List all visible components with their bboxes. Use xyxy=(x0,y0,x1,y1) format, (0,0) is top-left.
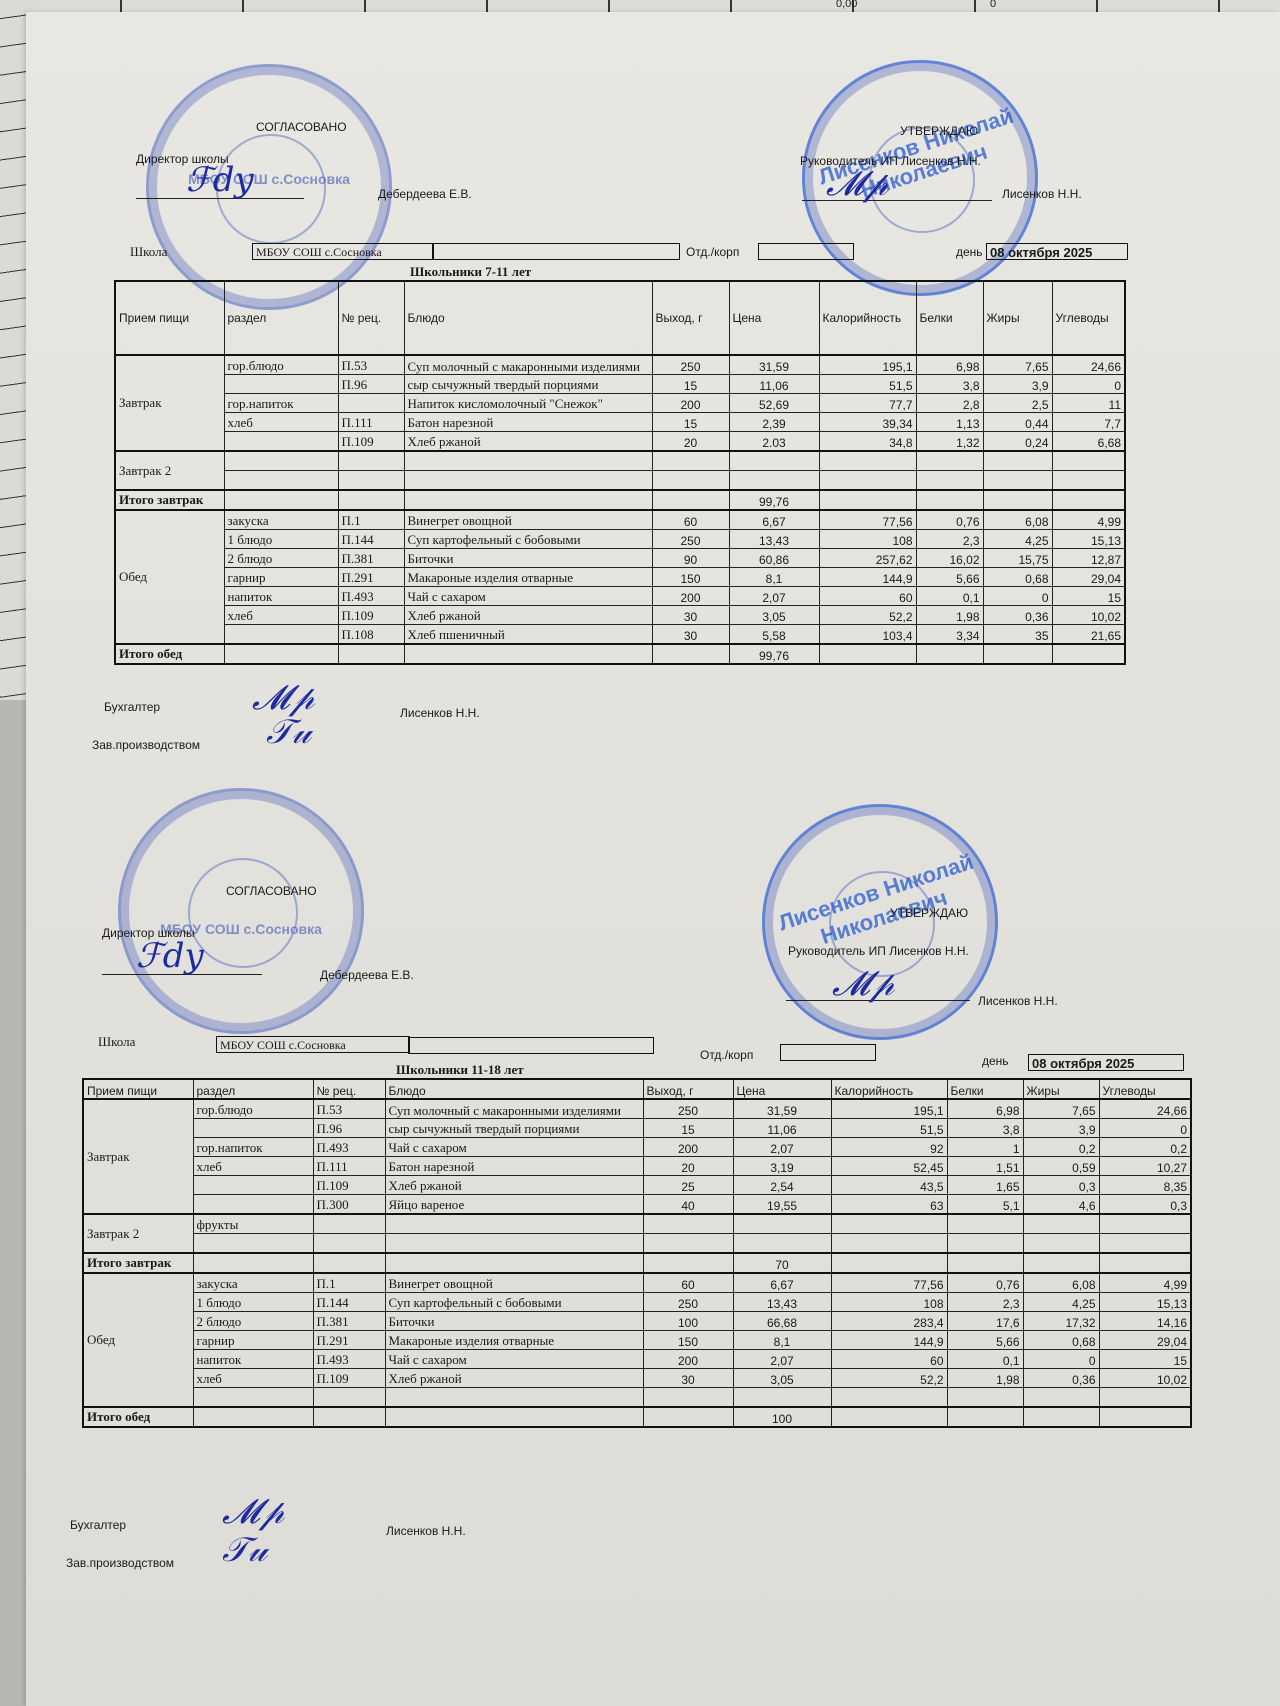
section-cell xyxy=(224,375,338,394)
protein-cell: 2,3 xyxy=(916,530,983,549)
recipe-cell xyxy=(313,1407,385,1427)
kcal-cell xyxy=(819,451,916,471)
fat-cell: 0,2 xyxy=(1023,1138,1099,1157)
price-cell: 2,07 xyxy=(733,1138,831,1157)
fat-cell xyxy=(1023,1253,1099,1273)
dish-cell: Батон нарезной xyxy=(404,413,652,432)
total-row: Итого обед100 xyxy=(83,1407,1191,1427)
total-row: Итого завтрак70 xyxy=(83,1253,1191,1273)
recipe-cell xyxy=(338,451,404,471)
group-title: Школьники 11-18 лет xyxy=(396,1062,524,1078)
carbs-cell xyxy=(1099,1388,1191,1408)
section-cell: гор.блюдо xyxy=(193,1099,313,1119)
section-cell: хлеб xyxy=(193,1157,313,1176)
yield-cell xyxy=(652,644,729,664)
section-cell xyxy=(224,625,338,645)
section-cell xyxy=(224,490,338,510)
recipe-cell: П.144 xyxy=(338,530,404,549)
yield-cell: 150 xyxy=(643,1331,733,1350)
dish-cell: Суп картофельный с бобовыми xyxy=(385,1293,643,1312)
dish-cell: Винегрет овощной xyxy=(404,510,652,530)
kcal-cell: 108 xyxy=(819,530,916,549)
price-cell: 19,55 xyxy=(733,1195,831,1215)
dish-cell: сыр сычужный твердый порциями xyxy=(404,375,652,394)
table-row: напитокП.493Чай с сахаром2002,07600,1015 xyxy=(115,587,1125,606)
table-row: хлебП.111Батон нарезной203,1952,451,510,… xyxy=(83,1157,1191,1176)
recipe-cell xyxy=(313,1388,385,1408)
total-row: Итого обед99,76 xyxy=(115,644,1125,664)
protein-cell xyxy=(947,1253,1023,1273)
dish-cell: Хлеб ржаной xyxy=(404,432,652,452)
table-row: ОбедзакускаП.1Винегрет овощной606,6777,5… xyxy=(83,1273,1191,1293)
price-cell: 60,86 xyxy=(729,549,819,568)
dish-cell xyxy=(385,1234,643,1254)
total-label: Итого завтрак xyxy=(83,1253,193,1273)
group-title: Школьники 7-11 лет xyxy=(410,264,531,280)
kcal-cell: 257,62 xyxy=(819,549,916,568)
dish-cell: Суп молочный с макаронными изделиями xyxy=(404,355,652,375)
approval-right-title: УТВЕРЖДАЮ xyxy=(900,124,978,138)
price-cell: 2,07 xyxy=(733,1350,831,1369)
section-cell xyxy=(193,1176,313,1195)
fat-cell: 0,24 xyxy=(983,432,1052,452)
table-row: П.108Хлеб пшеничный305,58103,43,343521,6… xyxy=(115,625,1125,645)
carbs-cell: 4,99 xyxy=(1099,1273,1191,1293)
section-cell: напиток xyxy=(193,1350,313,1369)
table-row: П.300Яйцо вареное4019,55635,14,60,3 xyxy=(83,1195,1191,1215)
column-header: Белки xyxy=(916,281,983,355)
price-cell: 8,1 xyxy=(733,1331,831,1350)
kcal-cell: 52,2 xyxy=(819,606,916,625)
recipe-cell xyxy=(338,394,404,413)
section-cell: фрукты xyxy=(193,1214,313,1234)
fat-cell: 0 xyxy=(1023,1350,1099,1369)
kcal-cell: 63 xyxy=(831,1195,947,1215)
fat-cell: 0,36 xyxy=(1023,1369,1099,1388)
column-header: Жиры xyxy=(983,281,1052,355)
meal-cell: Завтрак 2 xyxy=(115,451,224,490)
fat-cell: 6,08 xyxy=(983,510,1052,530)
dish-cell: Чай с сахаром xyxy=(385,1350,643,1369)
price-cell: 31,59 xyxy=(733,1099,831,1119)
price-cell: 6,67 xyxy=(733,1273,831,1293)
yield-cell: 200 xyxy=(643,1350,733,1369)
carbs-cell: 11 xyxy=(1052,394,1125,413)
fat-cell: 0,3 xyxy=(1023,1176,1099,1195)
price-cell: 100 xyxy=(733,1407,831,1427)
recipe-cell xyxy=(313,1214,385,1234)
carbs-cell xyxy=(1052,451,1125,471)
section-cell: 1 блюдо xyxy=(193,1293,313,1312)
table-row: Завтрак 2фрукты xyxy=(83,1214,1191,1234)
protein-cell: 5,1 xyxy=(947,1195,1023,1215)
recipe-cell: П.493 xyxy=(338,587,404,606)
dept-field xyxy=(780,1044,876,1061)
day-label: день xyxy=(982,1054,1009,1068)
kcal-cell: 34,8 xyxy=(819,432,916,452)
yield-cell: 20 xyxy=(652,432,729,452)
price-cell xyxy=(733,1234,831,1254)
carbs-cell: 0 xyxy=(1099,1119,1191,1138)
ip-stamp: Лисенков Николай Николаевич xyxy=(762,804,998,1040)
carbs-cell xyxy=(1052,490,1125,510)
yield-cell: 200 xyxy=(652,394,729,413)
carbs-cell: 14,16 xyxy=(1099,1312,1191,1331)
recipe-cell: П.291 xyxy=(338,568,404,587)
protein-cell xyxy=(947,1214,1023,1234)
fat-cell: 3,9 xyxy=(1023,1119,1099,1138)
fat-cell xyxy=(983,451,1052,471)
dish-cell: Батон нарезной xyxy=(385,1157,643,1176)
yield-cell xyxy=(643,1234,733,1254)
yield-cell: 250 xyxy=(652,355,729,375)
carbs-cell: 15,13 xyxy=(1052,530,1125,549)
carbs-cell: 4,99 xyxy=(1052,510,1125,530)
protein-cell: 1,98 xyxy=(947,1369,1023,1388)
dish-cell xyxy=(385,1388,643,1408)
section-cell xyxy=(224,471,338,491)
price-cell: 13,43 xyxy=(733,1293,831,1312)
fat-cell: 4,25 xyxy=(1023,1293,1099,1312)
fat-cell xyxy=(983,644,1052,664)
meal-cell: Завтрак xyxy=(115,355,224,451)
menu-table: Прием пищираздел№ рец.БлюдоВыход, гЦенаК… xyxy=(114,280,1126,665)
table-row: П.109Хлеб ржаной252,5443,51,650,38,35 xyxy=(83,1176,1191,1195)
table-row xyxy=(115,471,1125,491)
table-row: Завтракгор.блюдоП.53Суп молочный с макар… xyxy=(83,1099,1191,1119)
section-cell: 2 блюдо xyxy=(193,1312,313,1331)
fat-cell xyxy=(1023,1388,1099,1408)
price-cell: 99,76 xyxy=(729,490,819,510)
section-cell: гор.напиток xyxy=(193,1138,313,1157)
section-cell xyxy=(193,1407,313,1427)
table-row: Завтракгор.блюдоП.53Суп молочный с макар… xyxy=(115,355,1125,375)
kcal-cell: 144,9 xyxy=(819,568,916,587)
price-cell: 2.03 xyxy=(729,432,819,452)
dish-cell: Напиток кисломолочный "Снежок" xyxy=(404,394,652,413)
accountant-label: Бухгалтер xyxy=(70,1518,126,1532)
carbs-cell: 0,3 xyxy=(1099,1195,1191,1215)
table-row: 2 блюдоП.381Биточки9060,86257,6216,0215,… xyxy=(115,549,1125,568)
dish-cell: Яйцо вареное xyxy=(385,1195,643,1215)
kcal-cell: 60 xyxy=(819,587,916,606)
section-cell: гарнир xyxy=(224,568,338,587)
dish-cell: Хлеб ржаной xyxy=(404,606,652,625)
protein-cell xyxy=(916,490,983,510)
fat-cell: 7,65 xyxy=(1023,1099,1099,1119)
yield-cell xyxy=(643,1388,733,1408)
school-field-extra xyxy=(432,243,680,260)
section-cell: гор.напиток xyxy=(224,394,338,413)
yield-cell xyxy=(652,451,729,471)
approval-right-title: УТВЕРЖДАЮ xyxy=(890,906,968,920)
section-cell: напиток xyxy=(224,587,338,606)
carbs-cell: 10,27 xyxy=(1099,1157,1191,1176)
dish-cell: Макароные изделия отварные xyxy=(404,568,652,587)
kcal-cell xyxy=(831,1234,947,1254)
column-header: Блюдо xyxy=(404,281,652,355)
recipe-cell: П.1 xyxy=(338,510,404,530)
recipe-cell: П.493 xyxy=(313,1350,385,1369)
protein-cell: 1,32 xyxy=(916,432,983,452)
approval-right-name: Лисенков Н.Н. xyxy=(1002,187,1082,201)
director-signature-icon: ℱdy xyxy=(136,936,204,976)
yield-cell: 90 xyxy=(652,549,729,568)
price-cell: 3,05 xyxy=(733,1369,831,1388)
dish-cell: Чай с сахаром xyxy=(404,587,652,606)
school-field: МБОУ СОШ с.Сосновка xyxy=(252,243,434,260)
recipe-cell xyxy=(338,644,404,664)
table-row: П.96сыр сычужный твердый порциями1511,06… xyxy=(115,375,1125,394)
protein-cell: 5,66 xyxy=(947,1331,1023,1350)
yield-cell: 100 xyxy=(643,1312,733,1331)
dish-cell xyxy=(404,451,652,471)
recipe-cell xyxy=(313,1253,385,1273)
recipe-cell: П.108 xyxy=(338,625,404,645)
protein-cell: 1,65 xyxy=(947,1176,1023,1195)
carbs-cell xyxy=(1099,1234,1191,1254)
carbs-cell: 15,13 xyxy=(1099,1293,1191,1312)
section-cell: хлеб xyxy=(193,1369,313,1388)
column-header: Цена xyxy=(729,281,819,355)
recipe-cell xyxy=(338,490,404,510)
meal-cell: Завтрак 2 xyxy=(83,1214,193,1253)
manager-signature-icon: 𝓜𝓅 xyxy=(826,164,888,204)
dish-cell xyxy=(385,1407,643,1427)
price-cell: 8,1 xyxy=(729,568,819,587)
school-field: МБОУ СОШ с.Сосновка xyxy=(216,1036,410,1053)
column-header: раздел xyxy=(193,1079,313,1099)
protein-cell: 3,8 xyxy=(916,375,983,394)
recipe-cell xyxy=(338,471,404,491)
school-field-extra xyxy=(408,1037,654,1054)
dish-cell xyxy=(385,1214,643,1234)
price-cell xyxy=(733,1388,831,1408)
carbs-cell: 29,04 xyxy=(1099,1331,1191,1350)
yield-cell: 250 xyxy=(643,1293,733,1312)
recipe-cell: П.381 xyxy=(338,549,404,568)
recipe-cell: П.111 xyxy=(313,1157,385,1176)
yield-cell: 15 xyxy=(643,1119,733,1138)
carbs-cell xyxy=(1099,1214,1191,1234)
carbs-cell: 21,65 xyxy=(1052,625,1125,645)
dish-cell xyxy=(404,471,652,491)
table-row xyxy=(83,1388,1191,1408)
section-cell: 1 блюдо xyxy=(224,530,338,549)
kcal-cell xyxy=(831,1388,947,1408)
kcal-cell: 103,4 xyxy=(819,625,916,645)
dish-cell: Макароные изделия отварные xyxy=(385,1331,643,1350)
price-cell: 11,06 xyxy=(729,375,819,394)
carbs-cell xyxy=(1052,471,1125,491)
column-header: № рец. xyxy=(338,281,404,355)
price-cell: 5,58 xyxy=(729,625,819,645)
price-cell: 31,59 xyxy=(729,355,819,375)
dish-cell: Биточки xyxy=(385,1312,643,1331)
column-header: Прием пищи xyxy=(83,1079,193,1099)
meal-cell: Обед xyxy=(115,510,224,644)
section-cell: закуска xyxy=(224,510,338,530)
dish-cell xyxy=(385,1253,643,1273)
school-label: Школа xyxy=(130,244,167,260)
fat-cell: 0,59 xyxy=(1023,1157,1099,1176)
price-cell xyxy=(729,451,819,471)
dish-cell: Биточки xyxy=(404,549,652,568)
manager-signature-icon: 𝓜𝓅 xyxy=(832,964,894,1004)
carbs-cell: 10,02 xyxy=(1099,1369,1191,1388)
kcal-cell: 77,7 xyxy=(819,394,916,413)
recipe-cell: П.109 xyxy=(313,1176,385,1195)
yield-cell xyxy=(643,1214,733,1234)
recipe-cell: П.111 xyxy=(338,413,404,432)
table-row: П.96сыр сычужный твердый порциями1511,06… xyxy=(83,1119,1191,1138)
recipe-cell: П.493 xyxy=(313,1138,385,1157)
meal-cell: Завтрак xyxy=(83,1099,193,1214)
section-cell xyxy=(193,1234,313,1254)
price-cell: 11,06 xyxy=(733,1119,831,1138)
meal-cell: Обед xyxy=(83,1273,193,1407)
school-stamp: МБОУ СОШ с.Сосновка xyxy=(146,64,392,310)
kcal-cell: 283,4 xyxy=(831,1312,947,1331)
kcal-cell: 39,34 xyxy=(819,413,916,432)
approval-right-name: Лисенков Н.Н. xyxy=(978,994,1058,1008)
total-label: Итого завтрак xyxy=(115,490,224,510)
price-cell: 70 xyxy=(733,1253,831,1273)
dish-cell xyxy=(404,644,652,664)
recipe-cell: П.109 xyxy=(313,1369,385,1388)
table-row xyxy=(83,1234,1191,1254)
column-header: Выход, г xyxy=(652,281,729,355)
fat-cell: 15,75 xyxy=(983,549,1052,568)
approval-right-role: Руководитель ИП Лисенков Н.Н. xyxy=(788,944,969,958)
table-row: 1 блюдоП.144Суп картофельный с бобовыми2… xyxy=(83,1293,1191,1312)
protein-cell xyxy=(947,1234,1023,1254)
protein-cell: 1,51 xyxy=(947,1157,1023,1176)
column-header: Цена xyxy=(733,1079,831,1099)
kcal-cell xyxy=(819,471,916,491)
protein-cell: 3,8 xyxy=(947,1119,1023,1138)
fat-cell xyxy=(983,490,1052,510)
menu-table: Прием пищираздел№ рец.БлюдоВыход, гЦенаК… xyxy=(82,1078,1192,1428)
approval-left-name: Дебердеева Е.В. xyxy=(320,968,414,982)
kcal-cell: 51,5 xyxy=(831,1119,947,1138)
carbs-cell: 15 xyxy=(1099,1350,1191,1369)
recipe-cell: П.53 xyxy=(338,355,404,375)
kcal-cell xyxy=(831,1253,947,1273)
protein-cell: 6,98 xyxy=(947,1099,1023,1119)
protein-cell: 0,1 xyxy=(916,587,983,606)
protein-cell: 1 xyxy=(947,1138,1023,1157)
kcal-cell: 43,5 xyxy=(831,1176,947,1195)
table-row: гарнирП.291Макароные изделия отварные150… xyxy=(83,1331,1191,1350)
yield-cell: 60 xyxy=(643,1273,733,1293)
day-field: 08 октября 2025 xyxy=(986,243,1128,260)
kcal-cell: 52,2 xyxy=(831,1369,947,1388)
school-stamp: МБОУ СОШ с.Сосновка xyxy=(118,788,364,1034)
section-cell xyxy=(224,451,338,471)
yield-cell: 30 xyxy=(652,606,729,625)
fat-cell xyxy=(983,471,1052,491)
protein-cell xyxy=(916,644,983,664)
yield-cell: 20 xyxy=(643,1157,733,1176)
fat-cell: 35 xyxy=(983,625,1052,645)
protein-cell xyxy=(947,1407,1023,1427)
price-cell: 66,68 xyxy=(733,1312,831,1331)
fat-cell: 4,6 xyxy=(1023,1195,1099,1215)
table-row: хлебП.109Хлеб ржаной303,0552,21,980,3610… xyxy=(115,606,1125,625)
dept-label: Отд./корп xyxy=(686,245,739,259)
price-cell: 13,43 xyxy=(729,530,819,549)
protein-cell: 16,02 xyxy=(916,549,983,568)
price-cell xyxy=(729,471,819,491)
section-cell: закуска xyxy=(193,1273,313,1293)
price-cell: 6,67 xyxy=(729,510,819,530)
dish-cell: Хлеб ржаной xyxy=(385,1176,643,1195)
column-header: Углеводы xyxy=(1052,281,1125,355)
protein-cell xyxy=(947,1388,1023,1408)
section-cell xyxy=(193,1119,313,1138)
yield-cell: 200 xyxy=(652,587,729,606)
director-signature-icon: ℱdy xyxy=(186,160,254,200)
protein-cell: 0,1 xyxy=(947,1350,1023,1369)
price-cell: 2,54 xyxy=(733,1176,831,1195)
yield-cell: 200 xyxy=(643,1138,733,1157)
protein-cell: 1,98 xyxy=(916,606,983,625)
price-cell: 2,07 xyxy=(729,587,819,606)
protein-cell xyxy=(916,471,983,491)
day-label: день xyxy=(956,245,983,259)
yield-cell: 25 xyxy=(643,1176,733,1195)
section-cell: хлеб xyxy=(224,413,338,432)
fat-cell: 0 xyxy=(983,587,1052,606)
kcal-cell: 144,9 xyxy=(831,1331,947,1350)
column-header: Калорийность xyxy=(831,1079,947,1099)
fat-cell: 0,68 xyxy=(1023,1331,1099,1350)
kcal-cell xyxy=(819,644,916,664)
carbs-cell: 15 xyxy=(1052,587,1125,606)
kcal-cell xyxy=(819,490,916,510)
background-grid xyxy=(0,0,1280,12)
column-header: № рец. xyxy=(313,1079,385,1099)
recipe-cell: П.381 xyxy=(313,1312,385,1331)
accountant-name: Лисенков Н.Н. xyxy=(386,1524,466,1538)
production-label: Зав.производством xyxy=(92,738,200,752)
yield-cell: 30 xyxy=(652,625,729,645)
recipe-cell: П.109 xyxy=(338,432,404,452)
protein-cell: 6,98 xyxy=(916,355,983,375)
dish-cell xyxy=(404,490,652,510)
dish-cell: Хлеб пшеничный xyxy=(404,625,652,645)
column-header: Прием пищи xyxy=(115,281,224,355)
fat-cell: 6,08 xyxy=(1023,1273,1099,1293)
protein-cell xyxy=(916,451,983,471)
kcal-cell: 77,56 xyxy=(819,510,916,530)
total-label: Итого обед xyxy=(83,1407,193,1427)
price-cell: 52,69 xyxy=(729,394,819,413)
dept-label: Отд./корп xyxy=(700,1048,753,1062)
fat-cell: 0,68 xyxy=(983,568,1052,587)
carbs-cell: 24,66 xyxy=(1052,355,1125,375)
protein-cell: 3,34 xyxy=(916,625,983,645)
dish-cell: Чай с сахаром xyxy=(385,1138,643,1157)
kcal-cell: 77,56 xyxy=(831,1273,947,1293)
recipe-cell: П.96 xyxy=(313,1119,385,1138)
table-row: хлебП.109Хлеб ржаной303,0552,21,980,3610… xyxy=(83,1369,1191,1388)
section-cell xyxy=(224,432,338,452)
yield-cell: 15 xyxy=(652,413,729,432)
kcal-cell: 108 xyxy=(831,1293,947,1312)
table-row: гор.напитокП.493Чай с сахаром2002,079210… xyxy=(83,1138,1191,1157)
